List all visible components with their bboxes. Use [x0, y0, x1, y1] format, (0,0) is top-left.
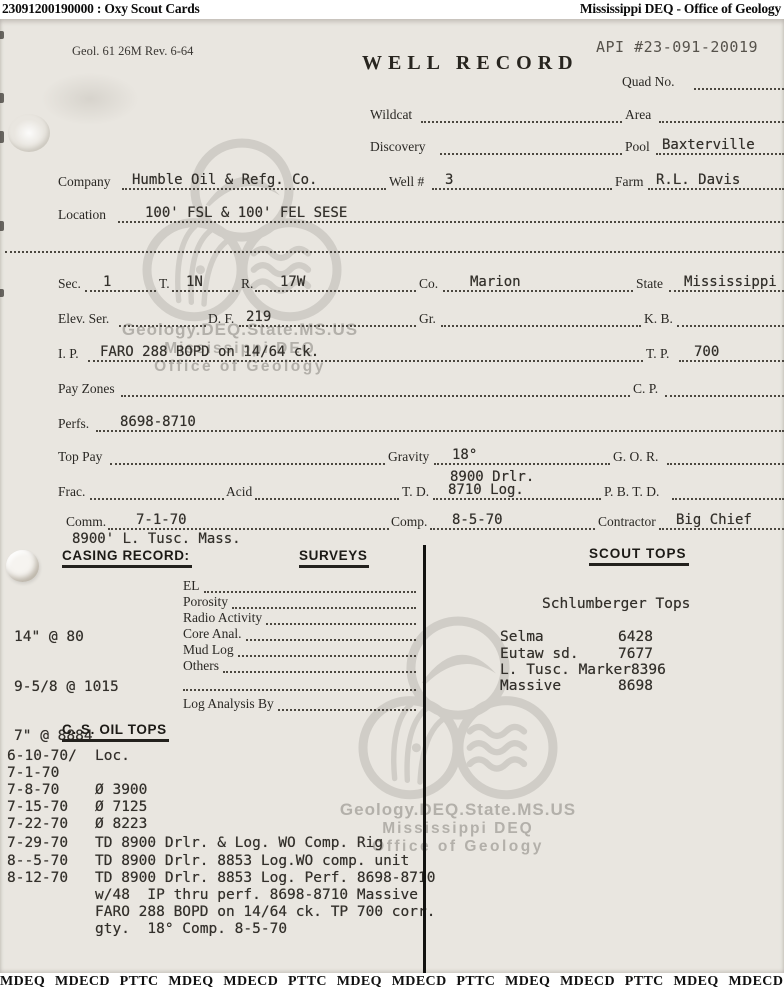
form-revision-note: Geol. 61 26M Rev. 6-64: [72, 44, 193, 59]
report-date: [7, 904, 95, 920]
edge-mark: [0, 93, 4, 103]
pay-zones-label: Pay Zones: [58, 381, 115, 397]
survey-label: Core Anal.: [183, 626, 246, 642]
form-row-toppay-gravity-gor: Top Pay Gravity 18° G. O. R.: [0, 448, 784, 465]
oil-top-row: 8--5-70TD 8900 Drlr. 8853 Log.WO comp. u…: [7, 853, 409, 869]
df-value: 219: [246, 309, 271, 325]
report-note: w/48 IP thru perf. 8698-8710 Massive: [95, 887, 418, 903]
form-row-frac-acid-td-pbtd: Frac. Acid T. D. 8710 Log. P. B. T. D.: [0, 483, 784, 500]
survey-row: EL: [183, 577, 416, 594]
dotted-leader: [694, 88, 784, 90]
acid-label: Acid: [226, 484, 252, 500]
range-value: 17W: [280, 274, 305, 290]
frac-label: Frac.: [58, 484, 85, 500]
survey-label: Mud Log: [183, 642, 238, 658]
survey-label: Radio Activity: [183, 610, 266, 626]
form-row-blank: [0, 236, 784, 253]
dotted-leader: [255, 290, 416, 292]
quad-label: Quad No.: [622, 74, 675, 90]
footer-stamp-text: MDEQ MDECD PTTC MDEQ MDECD PTTC MDEQ MDE…: [0, 974, 784, 990]
dotted-leader: [659, 121, 784, 123]
perfs-label: Perfs.: [58, 416, 89, 432]
watermark-url: Geology.DEQ.State.MS.US: [318, 800, 598, 820]
dotted-leader: [421, 121, 622, 123]
oil-top-row: 7-15-70Ø 7125: [7, 799, 147, 815]
survey-label: Porosity: [183, 594, 232, 610]
survey-row: Core Anal.: [183, 625, 416, 642]
dotted-leader: [278, 709, 416, 711]
tp-value: 700: [694, 344, 719, 360]
oil-top-row: 6-10-70/Loc.: [7, 748, 130, 764]
county-value: Marion: [470, 274, 521, 290]
report-date: 6-10-70/: [7, 748, 95, 764]
dotted-leader: [656, 153, 784, 155]
sec-value: 1: [103, 274, 111, 290]
township-label: T.: [159, 276, 170, 292]
area-label: Area: [625, 107, 651, 123]
dotted-leader: [443, 290, 633, 292]
report-date: 8-12-70: [7, 870, 95, 886]
formation-depth: 8396: [631, 662, 666, 678]
scout-top-row: Massive8698: [500, 678, 653, 694]
section-divider-line: [423, 545, 426, 991]
dotted-leader: [90, 498, 224, 500]
dotted-leader: [121, 395, 630, 397]
casing-item: 9-5/8 @ 1015: [14, 679, 119, 696]
comm-value: 7-1-70: [136, 512, 187, 528]
oil-top-row: 7-29-70TD 8900 Drlr. & Log. WO Comp. Rig: [7, 835, 383, 851]
casing-record-header: CASING RECORD:: [62, 548, 192, 568]
casing-item: 14" @ 80: [14, 629, 119, 646]
oil-top-row: 8-12-70TD 8900 Drlr. 8853 Log. Perf. 869…: [7, 870, 435, 886]
company-label: Company: [58, 174, 111, 190]
company-value: Humble Oil & Refg. Co.: [132, 172, 317, 188]
contractor-value: Big Chief: [676, 512, 752, 528]
comp-value: 8-5-70: [452, 512, 503, 528]
location-label: Location: [58, 207, 106, 223]
top-pay-label: Top Pay: [58, 449, 102, 465]
report-note: Ø 3900: [95, 782, 147, 798]
formation-name: Selma: [500, 629, 618, 645]
report-date: 7-22-70: [7, 816, 95, 832]
oil-top-row: w/48 IP thru perf. 8698-8710 Massive: [7, 887, 418, 903]
report-note: Loc.: [95, 748, 130, 764]
scout-tops-header: SCOUT TOPS: [589, 546, 689, 566]
dotted-leader: [96, 430, 784, 432]
survey-row: Mud Log: [183, 641, 416, 658]
dotted-leader: [183, 689, 416, 691]
dotted-leader: [119, 325, 206, 327]
survey-label: Others: [183, 658, 223, 674]
report-note: gty. 18° Comp. 8-5-70: [95, 921, 287, 937]
dotted-leader: [677, 325, 784, 327]
survey-row: Porosity: [183, 593, 416, 610]
dotted-leader: [669, 290, 784, 292]
survey-row-blank: [183, 675, 416, 692]
discovery-label: Discovery: [370, 139, 425, 155]
state-label: State: [636, 276, 663, 292]
cp-label: C. P.: [633, 381, 658, 397]
formation-name: L. Tusc. Marker: [500, 662, 631, 678]
dotted-leader: [648, 188, 784, 190]
kb-label: K. B.: [644, 311, 673, 327]
location-value: 100' FSL & 100' FEL SESE: [145, 205, 347, 221]
scout-top-row: Eutaw sd.7677: [500, 646, 653, 662]
form-row-location: Location 100' FSL & 100' FEL SESE: [0, 206, 784, 223]
report-date: 7-1-70: [7, 765, 95, 781]
form-row-wildcat-area: Wildcat Area: [0, 106, 784, 123]
pool-value: Baxterville: [662, 137, 755, 153]
report-note: Ø 7125: [95, 799, 147, 815]
well-number-label: Well #: [389, 174, 424, 190]
surveys-header: SURVEYS: [299, 548, 369, 568]
scanned-well-record-page: 23091200190000 : Oxy Scout Cards Mississ…: [0, 0, 784, 991]
api-number-stamp: API #23-091-20019: [596, 38, 758, 56]
dotted-leader: [122, 188, 386, 190]
log-analysis-label: Log Analysis By: [183, 696, 278, 712]
report-note: Ø 8223: [95, 816, 147, 832]
page-title: WELL RECORD: [362, 52, 579, 75]
form-row-elev-df-gr-kb: Elev. Ser. D. F. 219 Gr. K. B.: [0, 310, 784, 327]
form-row-comm-comp-contractor: Comm. 7-1-70 Comp. 8-5-70 Contractor Big…: [0, 513, 784, 530]
oil-top-row: 7-8-70Ø 3900: [7, 782, 147, 798]
oil-top-row: FARO 288 BOPD on 14/64 ck. TP 700 corr.: [7, 904, 435, 920]
comm-label: Comm.: [66, 514, 106, 530]
formation-name: Massive: [500, 678, 618, 694]
ms-deq-logo-watermark: [142, 134, 342, 324]
pbtd-label: P. B. T. D.: [604, 484, 659, 500]
report-date: 7-8-70: [7, 782, 95, 798]
report-date: 7-29-70: [7, 835, 95, 851]
form-row-sec-t-r-co-state: Sec. 1 T. 1N R. 17W Co. Marion State Mis…: [0, 275, 784, 292]
scout-top-row: L. Tusc. Marker8396: [500, 662, 666, 678]
agency-title-text: Mississippi DEQ - Office of Geology: [580, 1, 781, 17]
range-label: R.: [241, 276, 253, 292]
wildcat-label: Wildcat: [370, 107, 412, 123]
ip-value: FARO 288 BOPD on 14/64 ck.: [100, 344, 319, 360]
dotted-leader: [172, 290, 238, 292]
form-row-quad: Quad No.: [0, 73, 784, 90]
dotted-leader: [108, 528, 389, 530]
schlumberger-tops-subtitle: Schlumberger Tops: [542, 596, 690, 612]
dotted-leader: [434, 463, 610, 465]
dotted-leader: [430, 528, 595, 530]
tp-label: T. P.: [646, 346, 669, 362]
report-date: [7, 887, 95, 903]
farm-value: R.L. Davis: [656, 172, 740, 188]
scout-card-paper: Geology.DEQ.State.MS.US Mississippi DEQ …: [0, 19, 784, 973]
oil-top-row: 7-1-70: [7, 765, 95, 781]
form-row-perfs: Perfs. 8698-8710: [0, 415, 784, 432]
survey-row: Others: [183, 657, 416, 674]
well-number-value: 3: [445, 172, 453, 188]
td-value: 8710 Log.: [448, 482, 524, 498]
dotted-leader: [255, 498, 399, 500]
gravity-label: Gravity: [388, 449, 429, 465]
oil-top-row: 7-22-70Ø 8223: [7, 816, 147, 832]
form-row-payzones-cp: Pay Zones C. P.: [0, 380, 784, 397]
survey-label: EL: [183, 578, 204, 594]
formation-name: Eutaw sd.: [500, 646, 618, 662]
dotted-leader: [239, 325, 416, 327]
pool-label: Pool: [625, 139, 650, 155]
edge-mark: [0, 31, 4, 39]
state-value: Mississippi: [684, 274, 777, 290]
township-value: 1N: [186, 274, 203, 290]
contractor-label: Contractor: [598, 514, 656, 530]
dotted-leader: [672, 498, 784, 500]
ip-label: I. P.: [58, 346, 79, 362]
survey-row-log-analysis: Log Analysis By: [183, 695, 416, 712]
df-label: D. F.: [208, 311, 234, 327]
dotted-leader: [88, 360, 643, 362]
dotted-leader: [118, 221, 784, 223]
dotted-leader: [433, 498, 601, 500]
dotted-leader: [5, 251, 784, 253]
report-date: [7, 921, 95, 937]
dotted-leader: [85, 290, 156, 292]
dotted-leader: [440, 153, 622, 155]
sec-label: Sec.: [58, 276, 81, 292]
dotted-leader: [667, 463, 784, 465]
comm-depth-note: 8900' L. Tusc. Mass.: [72, 531, 241, 547]
perfs-value: 8698-8710: [120, 414, 196, 430]
formation-depth: 8698: [618, 678, 653, 694]
county-label: Co.: [419, 276, 438, 292]
comp-label: Comp.: [391, 514, 427, 530]
scan-header-band: 23091200190000 : Oxy Scout Cards Mississ…: [0, 0, 784, 19]
scan-footer-band: MDEQ MDECD PTTC MDEQ MDECD PTTC MDEQ MDE…: [0, 973, 784, 991]
report-date: 7-15-70: [7, 799, 95, 815]
dotted-leader: [679, 360, 784, 362]
dotted-leader: [223, 671, 416, 673]
report-note: TD 8900 Drlr. & Log. WO Comp. Rig: [95, 835, 383, 851]
gr-label: Gr.: [419, 311, 436, 327]
report-note: FARO 288 BOPD on 14/64 ck. TP 700 corr.: [95, 904, 435, 920]
form-row-company-well-farm: Company Humble Oil & Refg. Co. Well # 3 …: [0, 173, 784, 190]
dotted-leader: [659, 528, 784, 530]
form-row-ip-tp: I. P. FARO 288 BOPD on 14/64 ck. T. P. 7…: [0, 345, 784, 362]
formation-depth: 7677: [618, 646, 653, 662]
dotted-leader: [110, 463, 385, 465]
td-label: T. D.: [402, 484, 429, 500]
gor-label: G. O. R.: [613, 449, 658, 465]
oil-top-row: gty. 18° Comp. 8-5-70: [7, 921, 287, 937]
report-date: 8--5-70: [7, 853, 95, 869]
cs-oil-tops-header: C. S. OIL TOPS: [62, 722, 169, 742]
dotted-leader: [441, 325, 641, 327]
survey-row: Radio Activity: [183, 609, 416, 626]
formation-depth: 6428: [618, 629, 653, 645]
hole-punch-mark: [6, 550, 39, 582]
farm-label: Farm: [615, 174, 644, 190]
report-note: TD 8900 Drlr. 8853 Log. Perf. 8698-8710: [95, 870, 435, 886]
dotted-leader: [665, 395, 784, 397]
elev-ser-label: Elev. Ser.: [58, 311, 109, 327]
gravity-value: 18°: [452, 447, 477, 463]
report-note: TD 8900 Drlr. 8853 Log.WO comp. unit: [95, 853, 409, 869]
scout-top-row: Selma6428: [500, 629, 653, 645]
dotted-leader: [432, 188, 612, 190]
scan-id-text: 23091200190000 : Oxy Scout Cards: [2, 1, 200, 17]
form-row-discovery-pool: Discovery Pool Baxterville: [0, 138, 784, 155]
